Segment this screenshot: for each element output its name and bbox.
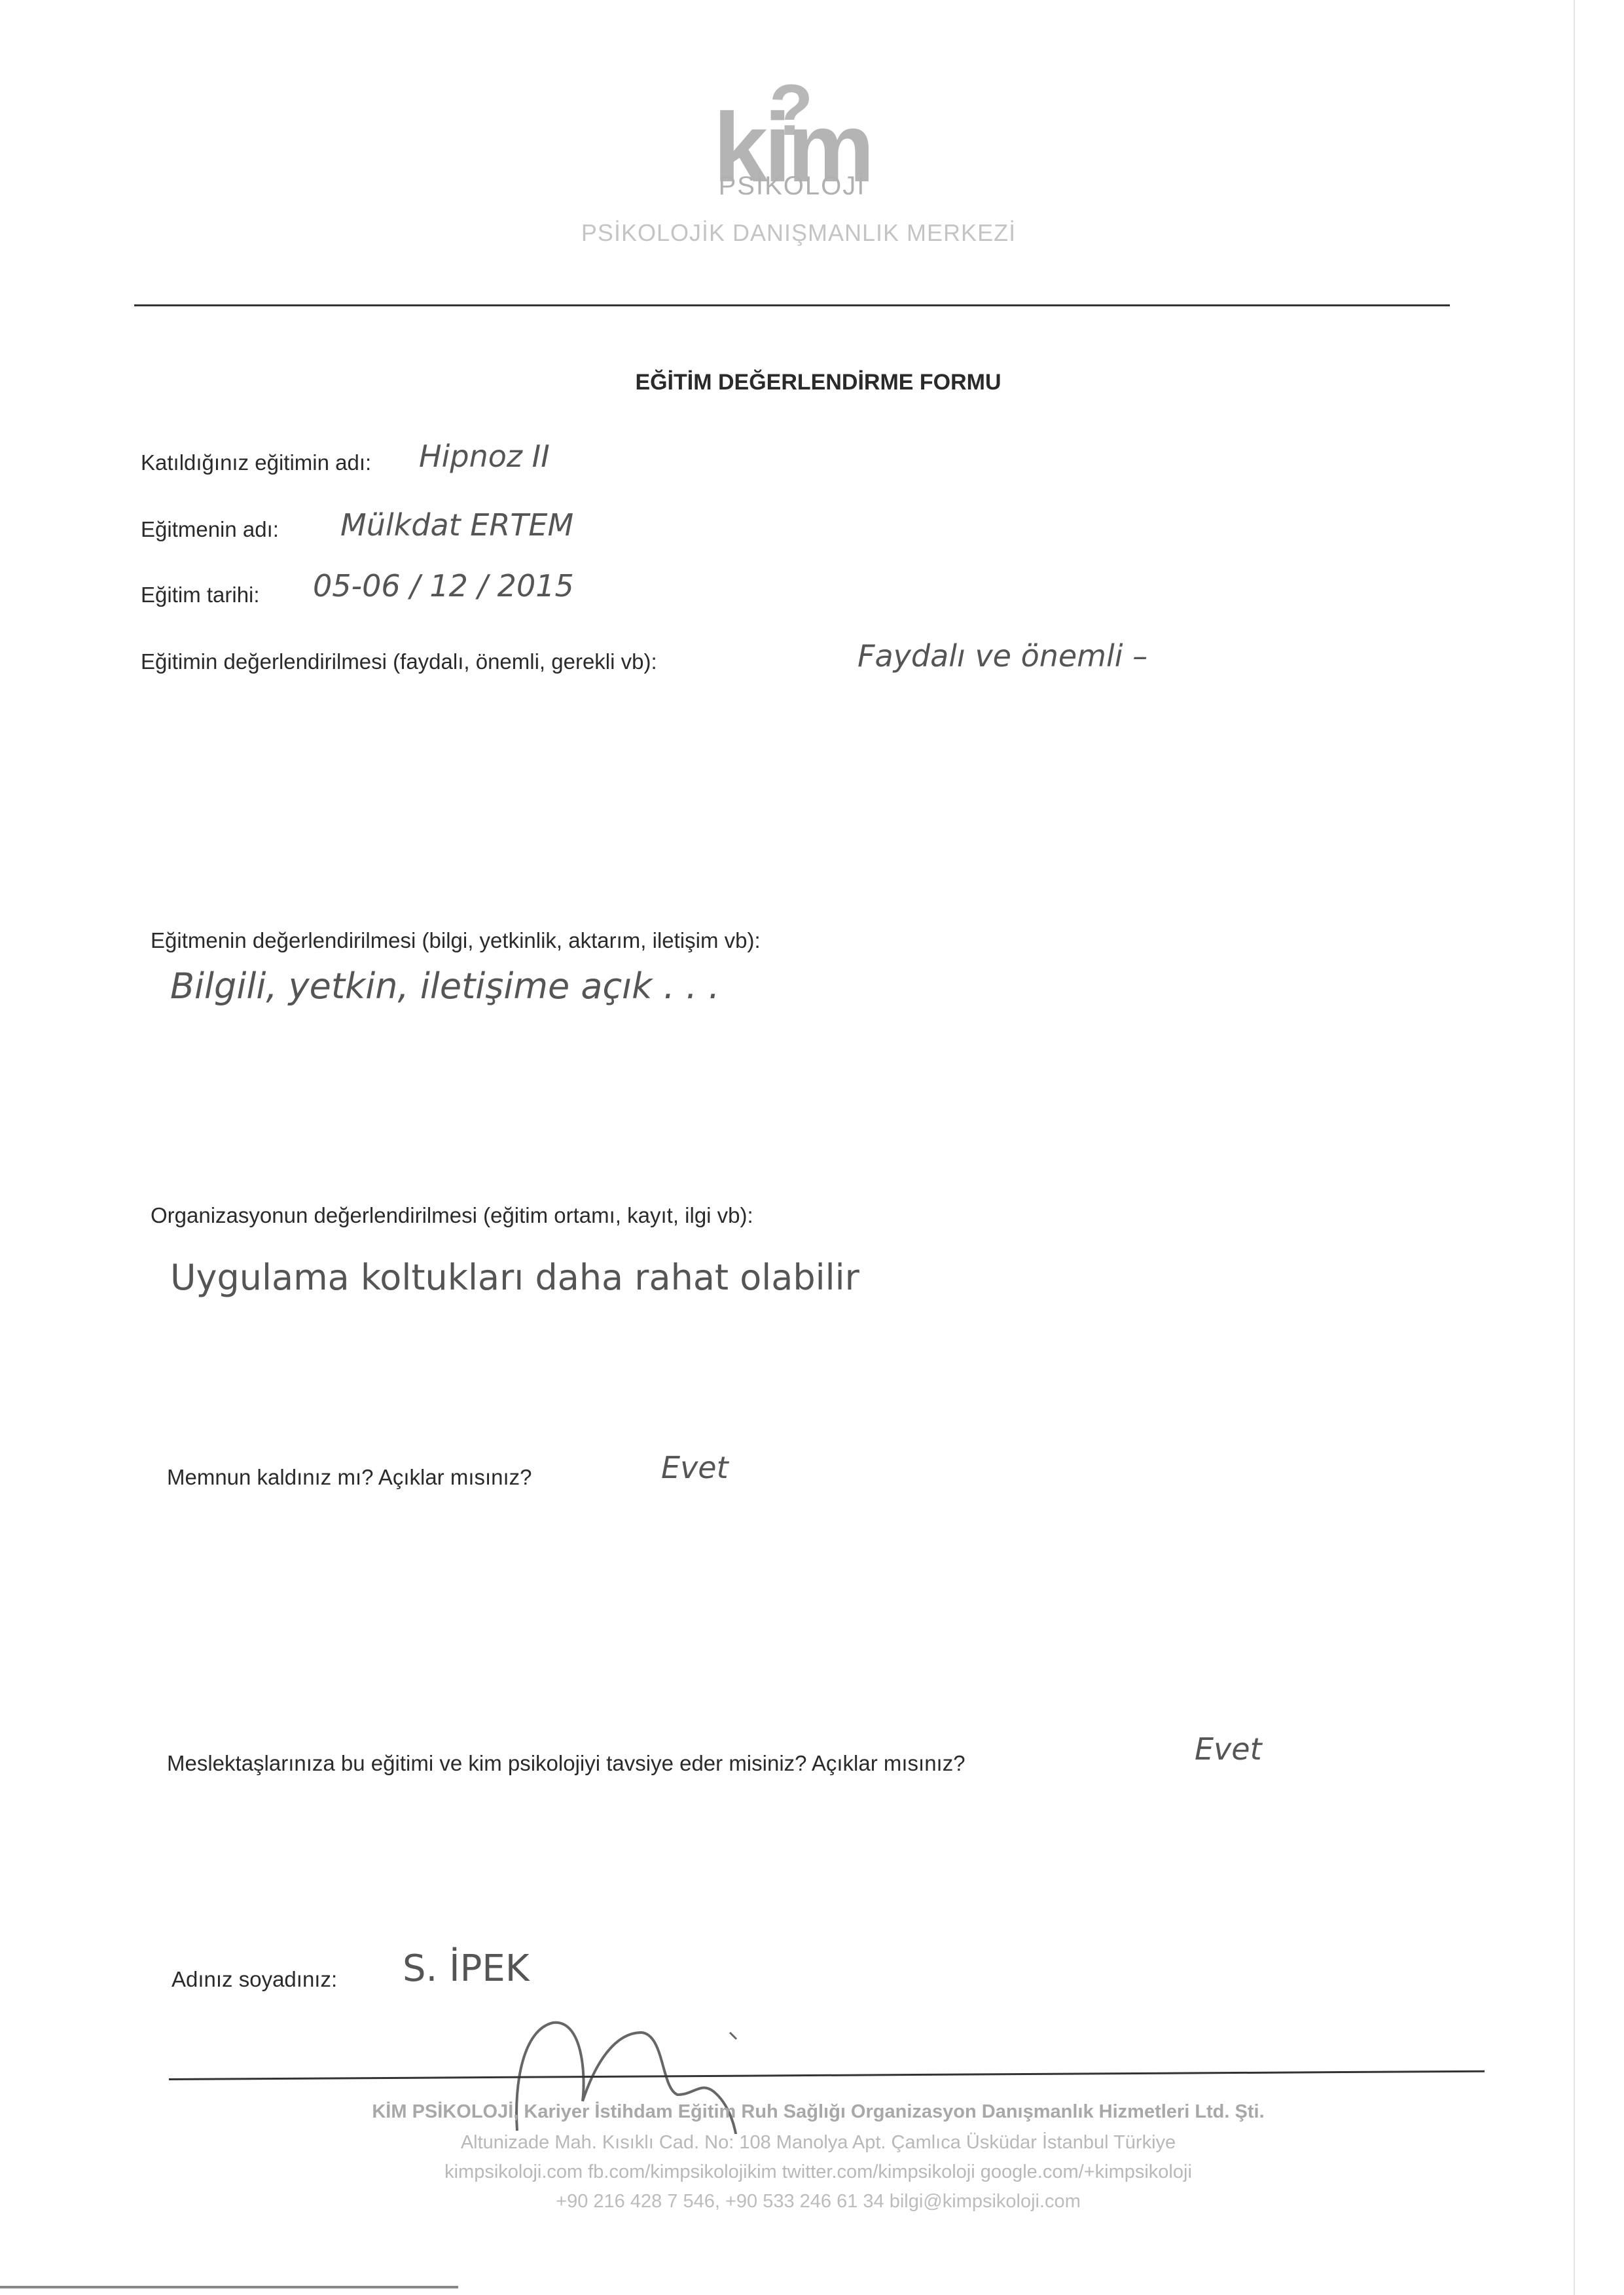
footer-contact: +90 216 428 7 546, +90 533 246 61 34 bil… — [249, 2191, 1388, 2213]
satisfaction-field[interactable]: Evet — [661, 1450, 729, 1485]
footer-company: KİM PSİKOLOJİ, Kariyer İstihdam Eğitim R… — [249, 2101, 1388, 2123]
training-evaluation-field[interactable]: Faydalı ve önemli – — [857, 638, 1147, 674]
full-name-label: Adınız soyadınız: — [171, 1967, 337, 1992]
trainer-evaluation-field[interactable]: Bilgili, yetkin, iletişime açık . . . — [170, 966, 719, 1007]
training-date-field[interactable]: 05-06 / 12 / 2015 — [313, 568, 574, 604]
training-name-field[interactable]: Hipnoz II — [419, 439, 550, 474]
trainer-name-field[interactable]: Mülkdat ERTEM — [340, 507, 573, 543]
scan-edge-bottom — [0, 2286, 458, 2288]
organization-evaluation-field[interactable]: Uygulama koltukları daha rahat olabilir — [170, 1257, 859, 1298]
logo-tagline: PSİKOLOJİK DANIŞMANLIK MERKEZİ — [537, 219, 1060, 247]
footer-web-links: kimpsikoloji.com fb.com/kimpsikolojikim … — [249, 2161, 1388, 2183]
training-evaluation-label: Eğitimin değerlendirilmesi (faydalı, öne… — [141, 649, 657, 674]
form-title: EĞİTİM DEĞERLENDİRME FORMU — [524, 370, 1113, 395]
satisfaction-label: Memnun kaldınız mı? Açıklar mısınız? — [167, 1465, 532, 1490]
full-name-field[interactable]: S. İPEK — [403, 1947, 530, 1990]
footer-address: Altunizade Mah. Kısıklı Cad. No: 108 Man… — [249, 2132, 1388, 2154]
logo-name: PSİKOLOJİ — [655, 172, 929, 201]
recommendation-label: Meslektaşlarınıza bu eğitimi ve kim psik… — [167, 1751, 965, 1776]
recommendation-field[interactable]: Evet — [1195, 1731, 1262, 1767]
training-date-label: Eğitim tarihi: — [141, 583, 260, 607]
training-name-label: Katıldığınız eğitimin adı: — [141, 450, 371, 475]
trainer-evaluation-label: Eğitmenin değerlendirilmesi (bilgi, yetk… — [151, 928, 761, 953]
trainer-name-label: Eğitmenin adı: — [141, 517, 279, 542]
header-divider — [134, 304, 1450, 306]
organization-evaluation-label: Organizasyonun değerlendirilmesi (eğitim… — [151, 1203, 753, 1228]
scan-edge-right — [1574, 0, 1575, 2295]
